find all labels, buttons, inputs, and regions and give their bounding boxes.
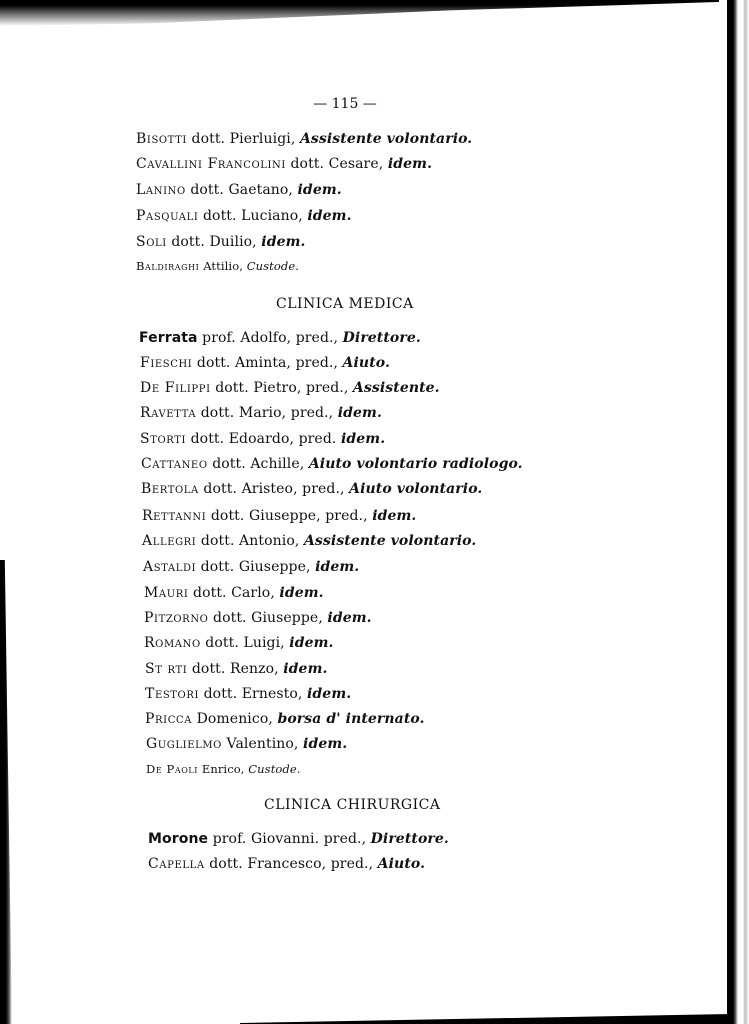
entry-role: idem. [261,234,305,250]
entry-role: Aiuto. [378,856,425,872]
staff-entry: Lanino dott. Gaetano, idem. [136,182,342,198]
entry-details: Enrico, [198,762,248,776]
staff-entry: Bisotti dott. Pierluigi, Assistente volo… [136,131,472,147]
entry-role: Assistente volontario. [300,131,472,147]
entry-role: Aiuto volontario radiologo. [309,456,523,472]
staff-entry: Ferrata prof. Adolfo, pred., Direttore. [139,330,421,346]
entry-surname: Allegri [142,533,196,549]
entry-role: idem. [388,156,432,172]
entry-role: idem. [341,431,385,447]
entry-surname: Bisotti [136,131,187,147]
entry-role: idem. [289,635,333,651]
staff-entry: Rettanni dott. Giuseppe, pred., idem. [142,508,416,524]
entry-details: dott. Luigi, [201,635,290,651]
staff-entry: Cattaneo dott. Achille, Aiuto volontario… [141,456,523,472]
staff-entry: Ravetta dott. Mario, pred., idem. [140,405,382,421]
entry-details: dott. Giuseppe, [196,559,315,575]
entry-surname: Pitzorno [144,610,208,626]
entry-details: dott. Pierluigi, [187,131,300,147]
entry-details: Attilio, [199,259,246,273]
entry-surname: Morone [148,831,208,847]
entry-role: idem. [307,208,351,224]
entry-details: dott. Ernesto, [199,686,307,702]
document-page: — 115 — Bisotti dott. Pierluigi, Assiste… [0,0,749,1024]
page-number: — 115 — [313,96,377,112]
entry-role: idem. [279,585,323,601]
entry-details: dott. Antonio, [196,533,304,549]
staff-entry: Guglielmo Valentino, idem. [146,736,347,752]
entry-role: idem. [372,508,416,524]
entry-role: idem. [298,182,342,198]
entry-details: dott. Cesare, [286,156,388,172]
entry-details: Domenico, [192,711,277,727]
staff-entry: Astaldi dott. Giuseppe, idem. [143,559,359,575]
entry-surname: Mauri [144,585,188,601]
staff-entry: Testori dott. Ernesto, idem. [145,686,351,702]
entry-details: dott. Francesco, pred., [205,856,378,872]
staff-entry: St rti dott. Renzo, idem. [145,661,327,677]
staff-entry: Bertola dott. Aristeo, pred., Aiuto volo… [141,481,482,497]
entry-role: idem. [283,661,327,677]
entry-surname: De Filippi [140,380,211,396]
entry-role: idem. [327,610,371,626]
entry-role: Direttore. [343,330,421,346]
entry-surname: Pasquali [136,208,198,224]
entry-surname: Fieschi [140,355,192,371]
staff-entry: Mauri dott. Carlo, idem. [144,585,324,601]
entry-details: dott. Aminta, pred., [192,355,342,371]
entry-details: dott. Duilio, [167,234,262,250]
section-heading: CLINICA MEDICA [276,296,414,312]
entry-details: dott. Renzo, [187,661,283,677]
entry-details: dott. Luciano, [198,208,307,224]
staff-entry: De Paoli Enrico, Custode. [146,762,301,776]
entry-details: Valentino, [222,736,303,752]
entry-details: dott. Carlo, [188,585,279,601]
entry-surname: Guglielmo [146,736,222,752]
entry-details: prof. Giovanni. pred., [208,831,371,847]
entry-details: dott. Pietro, pred., [211,380,353,396]
entry-surname: Storti [140,431,186,447]
staff-entry: Storti dott. Edoardo, pred. idem. [140,431,385,447]
entry-surname: Romano [144,635,201,651]
staff-entry: Fieschi dott. Aminta, pred., Aiuto. [140,355,390,371]
entry-surname: Soli [136,234,167,250]
staff-entry: Pasquali dott. Luciano, idem. [136,208,352,224]
entry-surname: Lanino [136,182,186,198]
entry-surname: Ravetta [140,405,196,421]
section-heading: CLINICA CHIRURGICA [264,797,440,813]
entry-surname: St rti [145,661,187,677]
entry-role: Aiuto volontario. [349,481,482,497]
entry-surname: Rettanni [142,508,206,524]
entry-role: idem. [303,736,347,752]
entry-role: Assistente volontario. [304,533,476,549]
entry-details: dott. Giuseppe, pred., [206,508,372,524]
entry-role: idem. [315,559,359,575]
staff-entry: Romano dott. Luigi, idem. [144,635,333,651]
staff-entry: Capella dott. Francesco, pred., Aiuto. [148,856,425,872]
entry-role: idem. [307,686,351,702]
entry-details: dott. Aristeo, pred., [199,481,349,497]
entry-surname: Bertola [141,481,199,497]
entry-role: borsa d' internato. [277,711,424,727]
entry-role: Custode. [247,259,299,273]
staff-entry: Pricca Domenico, borsa d' internato. [145,711,425,727]
entry-surname: Testori [145,686,199,702]
entry-surname: Astaldi [143,559,196,575]
entry-role: Aiuto. [343,355,390,371]
entry-surname: Cattaneo [141,456,208,472]
staff-entry: Morone prof. Giovanni. pred., Direttore. [148,831,449,847]
entry-details: prof. Adolfo, pred., [198,330,343,346]
entry-role: Custode. [248,762,300,776]
staff-entry: Soli dott. Duilio, idem. [136,234,305,250]
entry-details: dott. Gaetano, [186,182,298,198]
entry-role: idem. [338,405,382,421]
entry-details: dott. Mario, pred., [196,405,338,421]
staff-entry: Allegri dott. Antonio, Assistente volont… [142,533,476,549]
entry-role: Assistente. [353,380,440,396]
entry-surname: De Paoli [146,762,198,776]
staff-entry: Baldiraghi Attilio, Custode. [136,259,299,273]
entry-surname: Pricca [145,711,192,727]
entry-surname: Baldiraghi [136,259,199,273]
staff-entry: De Filippi dott. Pietro, pred., Assisten… [140,380,440,396]
entry-surname: Ferrata [139,330,198,346]
entry-details: dott. Achille, [208,456,309,472]
entry-role: Direttore. [371,831,449,847]
entry-surname: Capella [148,856,205,872]
staff-entry: Pitzorno dott. Giuseppe, idem. [144,610,372,626]
staff-entry: Cavallini Francolini dott. Cesare, idem. [136,156,432,172]
entry-details: dott. Edoardo, pred. [186,431,341,447]
entry-surname: Cavallini Francolini [136,156,286,172]
entry-details: dott. Giuseppe, [208,610,327,626]
